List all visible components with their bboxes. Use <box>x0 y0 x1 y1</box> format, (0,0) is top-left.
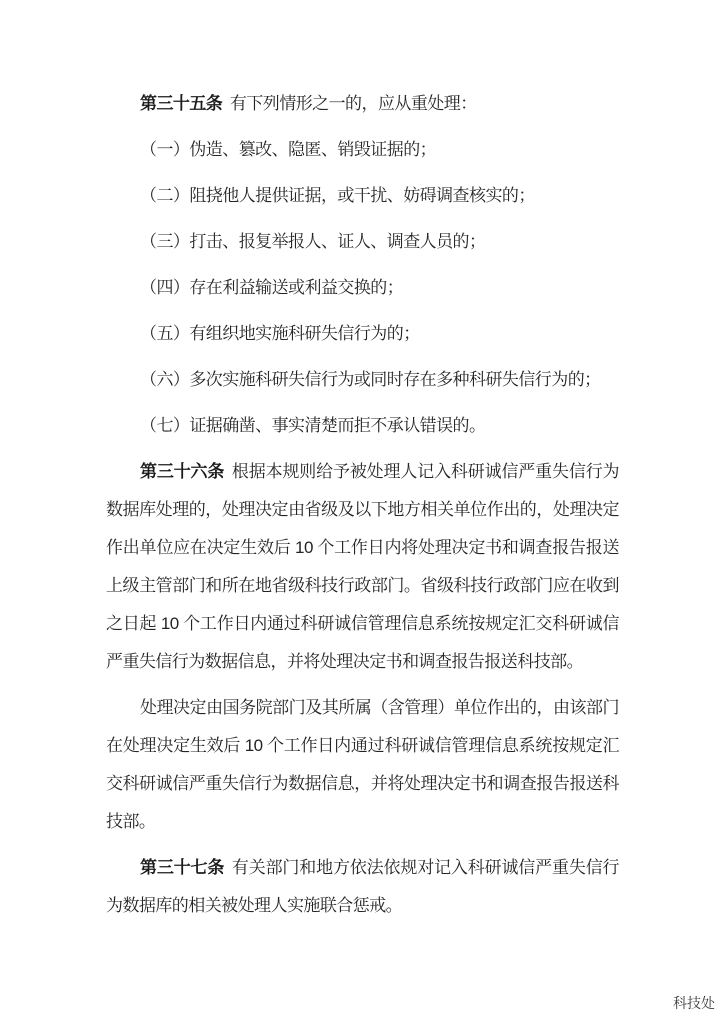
article-36-paragraph-2: 处理决定由国务院部门及其所属（含管理）单位作出的，由该部门在处理决定生效后 10… <box>106 689 619 841</box>
article-36-text: 根据本规则给予被处理人记入科研诚信严重失信行为数据库处理的，处理决定由省级及以下… <box>106 462 619 671</box>
list-item-5: （五）有组织地实施科研失信行为的； <box>106 315 619 353</box>
document-page: 第三十五条有下列情形之一的，应从重处理： （一）伪造、篡改、隐匿、销毁证据的； … <box>0 0 724 1024</box>
article-36-number: 第三十六条 <box>140 462 224 481</box>
list-item-3: （三）打击、报复举报人、证人、调查人员的； <box>106 223 619 261</box>
list-item-4: （四）存在利益输送或利益交换的； <box>106 269 619 307</box>
article-36-paragraph: 第三十六条根据本规则给予被处理人记入科研诚信严重失信行为数据库处理的，处理决定由… <box>106 453 619 681</box>
footer-label: 科技处 <box>673 993 715 1013</box>
article-37-number: 第三十七条 <box>140 858 224 877</box>
document-content: 第三十五条有下列情形之一的，应从重处理： （一）伪造、篡改、隐匿、销毁证据的； … <box>106 85 619 933</box>
article-35-text: 有下列情形之一的，应从重处理： <box>230 94 477 113</box>
list-item-1: （一）伪造、篡改、隐匿、销毁证据的； <box>106 131 619 169</box>
article-35-heading: 第三十五条有下列情形之一的，应从重处理： <box>106 85 619 123</box>
list-item-7: （七）证据确凿、事实清楚而拒不承认错误的。 <box>106 407 619 445</box>
list-item-2: （二）阻挠他人提供证据，或干扰、妨碍调查核实的； <box>106 177 619 215</box>
article-37-paragraph: 第三十七条有关部门和地方依法依规对记入科研诚信严重失信行为数据库的相关被处理人实… <box>106 849 619 925</box>
article-35-number: 第三十五条 <box>140 94 222 113</box>
list-item-6: （六）多次实施科研失信行为或同时存在多种科研失信行为的； <box>106 361 619 399</box>
